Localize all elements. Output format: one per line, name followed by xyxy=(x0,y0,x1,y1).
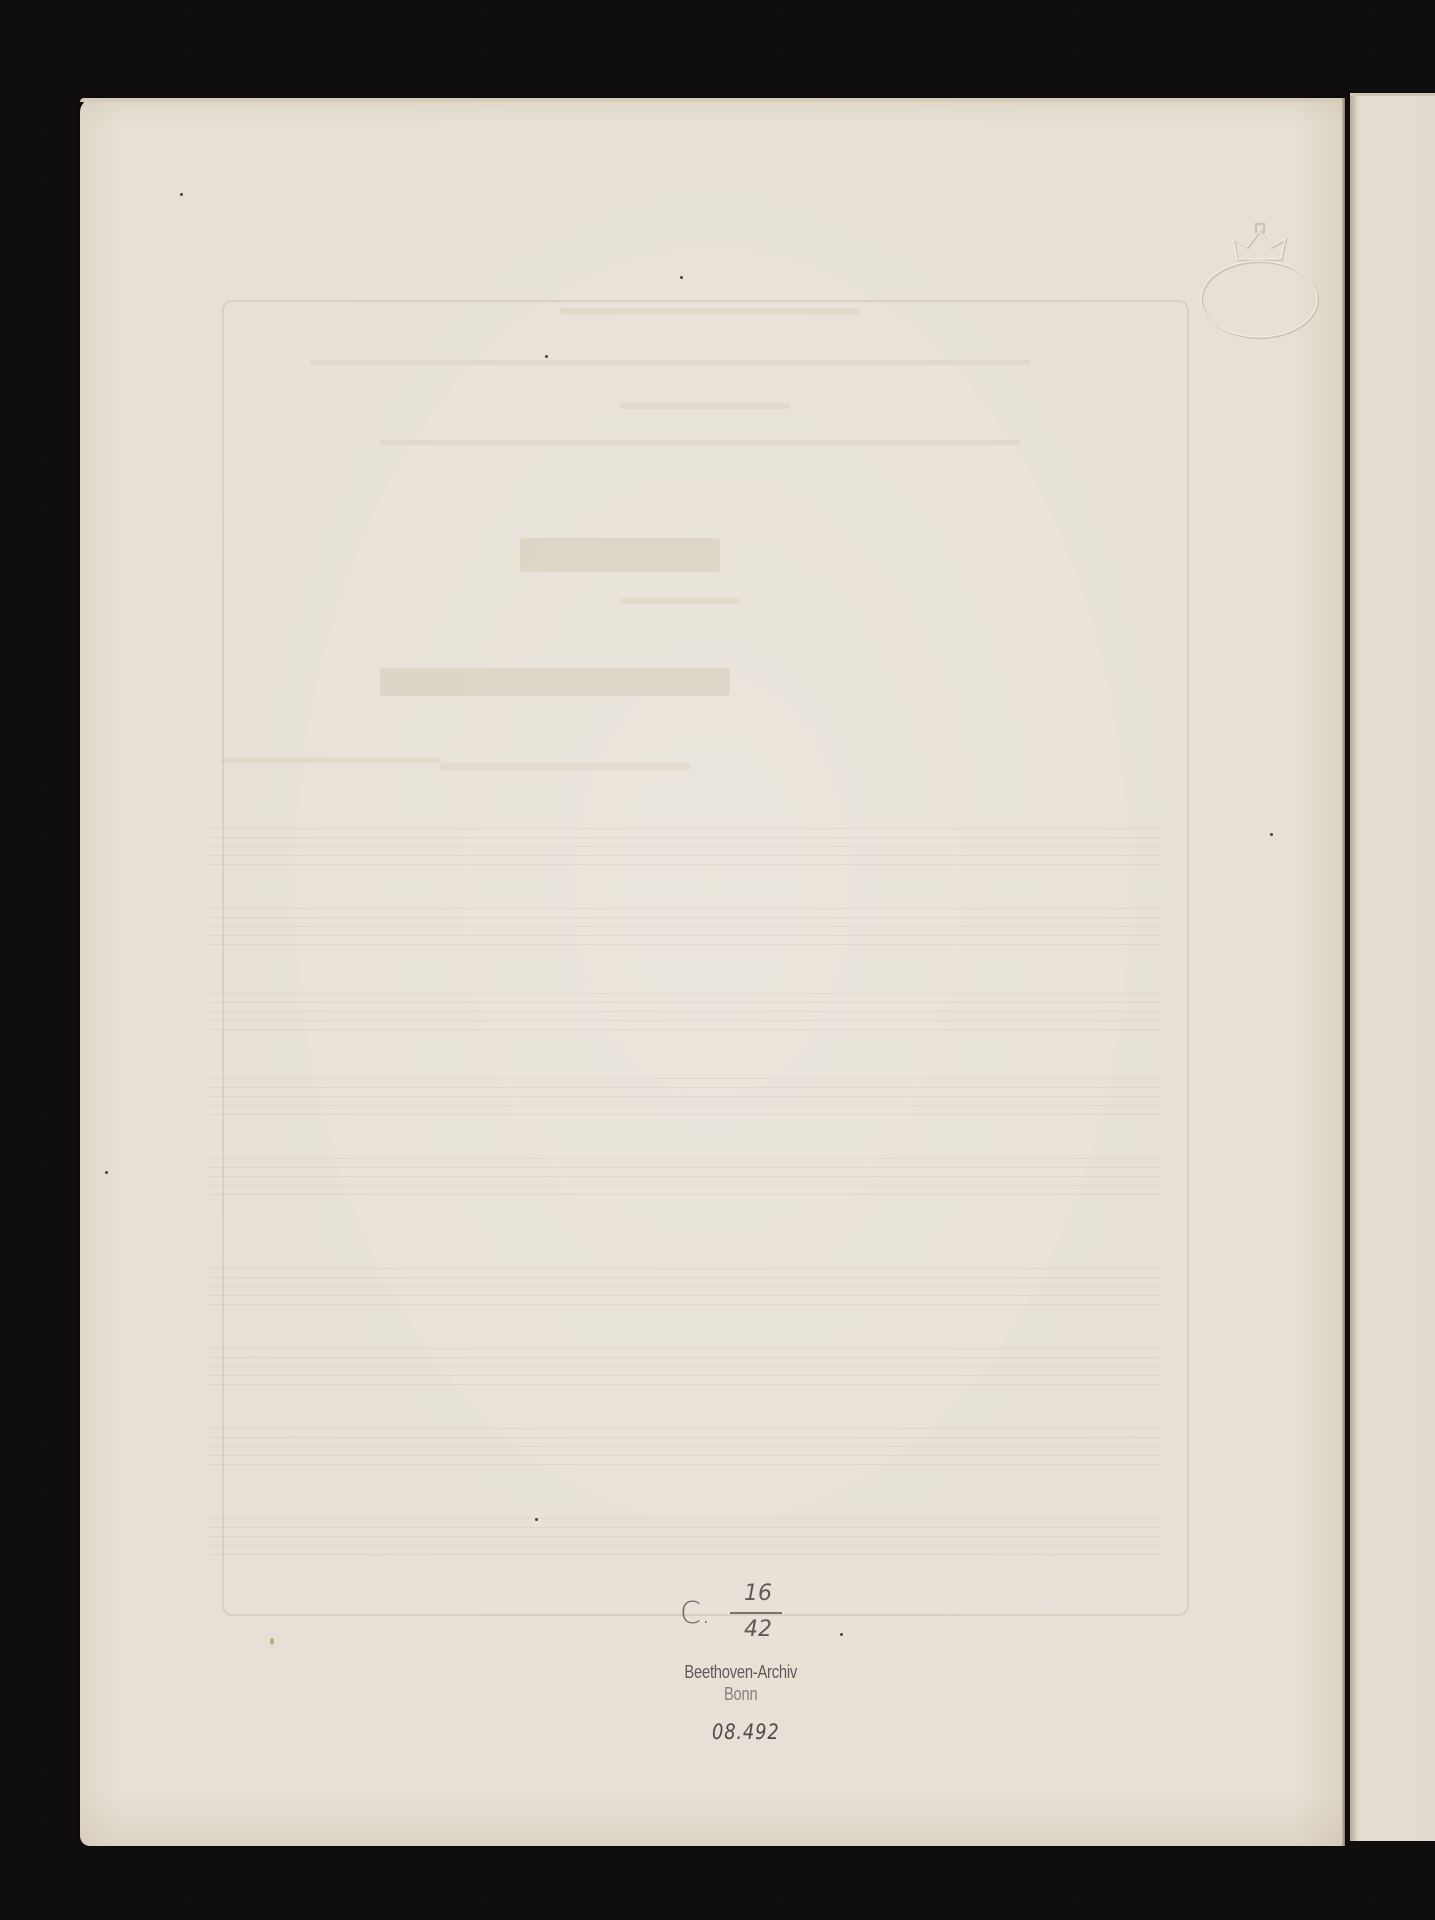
show-through-line xyxy=(620,403,790,409)
show-through-staff xyxy=(210,993,1160,1031)
crown-oval-emboss-icon xyxy=(1198,218,1322,343)
paper-speck xyxy=(680,276,683,279)
show-through-title xyxy=(520,538,720,572)
show-through-staff xyxy=(210,908,1160,946)
archive-stamp: Beethoven-Archiv Bonn xyxy=(671,1661,810,1705)
shelfmark-denominator: 42 xyxy=(728,1617,788,1642)
show-through-staff xyxy=(210,1348,1160,1386)
paper-speck xyxy=(270,1638,274,1645)
shelfmark-numerator: 16 xyxy=(728,1581,788,1606)
show-through-line xyxy=(380,440,1020,445)
show-through-staff xyxy=(210,1268,1160,1306)
show-through-staff xyxy=(210,828,1160,866)
paper-speck xyxy=(1270,833,1273,836)
paper-speck xyxy=(840,1633,843,1636)
show-through-line xyxy=(560,308,860,314)
shelfmark-fraction-bar xyxy=(730,1612,782,1614)
paper-speck xyxy=(545,355,548,358)
adjacent-leaf xyxy=(1350,93,1435,1841)
paper-speck xyxy=(180,193,183,196)
show-through-staff xyxy=(210,1518,1160,1556)
show-through-staff xyxy=(210,1078,1160,1116)
paper-speck xyxy=(535,1518,538,1521)
document-page: C. 16 42 Beethoven-Archiv Bonn 08.492 xyxy=(80,98,1345,1846)
show-through-line xyxy=(220,758,440,763)
stamp-city: Bonn xyxy=(671,1683,810,1705)
shelfmark-prefix: C. xyxy=(680,1596,710,1631)
accession-number: 08.492 xyxy=(712,1720,780,1744)
show-through-line xyxy=(310,360,1030,365)
paper-speck xyxy=(105,1171,108,1174)
stamp-institution: Beethoven-Archiv xyxy=(671,1661,810,1683)
show-through-line xyxy=(620,598,740,604)
show-through-staff xyxy=(210,1158,1160,1196)
show-through-title xyxy=(380,668,730,696)
shelfmark-pencil: C. 16 42 xyxy=(680,1581,800,1651)
show-through-line xyxy=(440,763,690,770)
leaf-fold xyxy=(1350,96,1358,1841)
show-through-staff xyxy=(210,1428,1160,1466)
